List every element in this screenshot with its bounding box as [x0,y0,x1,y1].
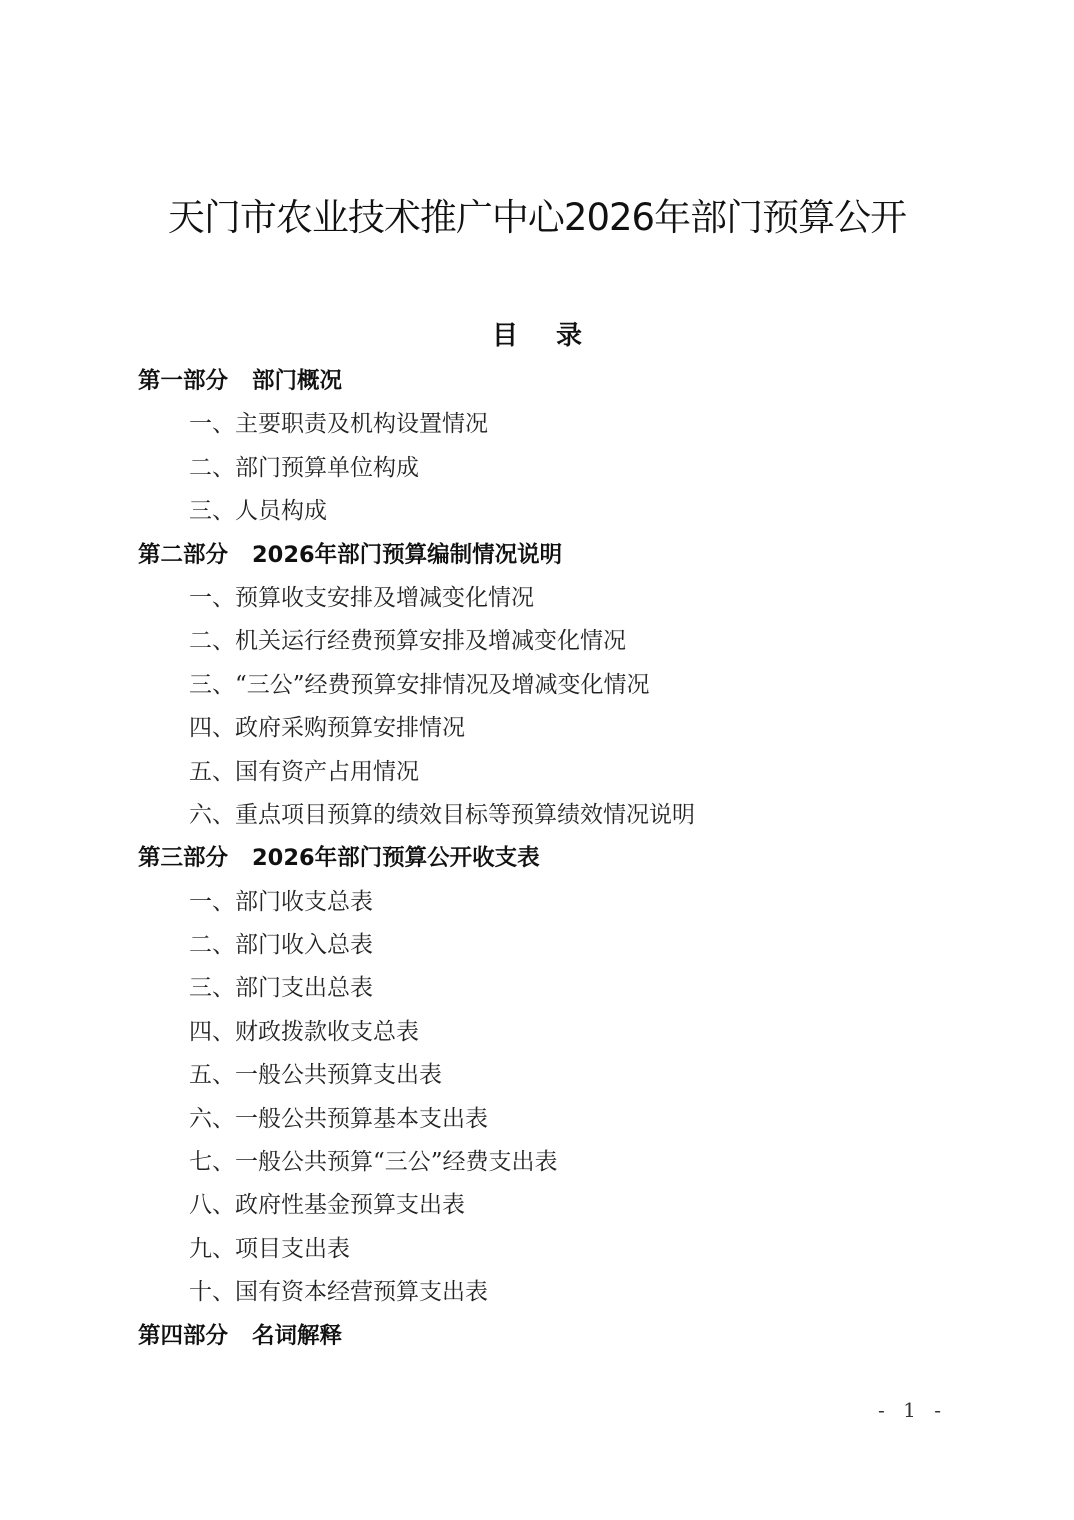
toc-item[interactable]: 一、部门收支总表 [138,881,958,924]
toc-part-1[interactable]: 第一部分部门概况 [138,360,958,403]
toc-item[interactable]: 三、“三公”经费预算安排情况及增减变化情况 [138,664,958,707]
toc-item[interactable]: 四、政府采购预算安排情况 [138,707,958,750]
toc-item[interactable]: 三、人员构成 [138,490,958,533]
toc-item[interactable]: 二、机关运行经费预算安排及增减变化情况 [138,620,958,663]
toc-item[interactable]: 一、主要职责及机构设置情况 [138,403,958,446]
part-title: 名词解释 [252,1323,342,1349]
part-title: 部门概况 [252,368,342,394]
toc-item[interactable]: 二、部门收入总表 [138,924,958,967]
part-label: 第四部分 [138,1315,228,1358]
toc-item[interactable]: 八、政府性基金预算支出表 [138,1184,958,1227]
toc-item[interactable]: 七、一般公共预算“三公”经费支出表 [138,1141,958,1184]
page-number: - 1 - [878,1398,947,1422]
toc-part-4[interactable]: 第四部分名词解释 [138,1315,958,1358]
toc-item[interactable]: 六、一般公共预算基本支出表 [138,1098,958,1141]
toc-item[interactable]: 三、部门支出总表 [138,967,958,1010]
toc-item[interactable]: 五、一般公共预算支出表 [138,1054,958,1097]
toc-part-3[interactable]: 第三部分2026年部门预算公开收支表 [138,837,958,880]
toc-item[interactable]: 一、预算收支安排及增减变化情况 [138,577,958,620]
part-label: 第三部分 [138,837,228,880]
part-label: 第一部分 [138,360,228,403]
document-page: 天门市农业技术推广中心2026年部门预算公开 目录 第一部分部门概况 一、主要职… [0,0,1074,1520]
part-label: 第二部分 [138,534,228,577]
toc-item[interactable]: 十、国有资本经营预算支出表 [138,1271,958,1314]
toc-heading-right: 录 [556,321,582,351]
toc-item[interactable]: 四、财政拨款收支总表 [138,1011,958,1054]
toc-item[interactable]: 二、部门预算单位构成 [138,447,958,490]
toc-item[interactable]: 六、重点项目预算的绩效目标等预算绩效情况说明 [138,794,958,837]
part-title: 2026年部门预算公开收支表 [252,845,540,871]
toc-heading-left: 目 [492,321,518,351]
toc-heading: 目录 [0,318,1074,354]
toc-part-2[interactable]: 第二部分2026年部门预算编制情况说明 [138,534,958,577]
part-title: 2026年部门预算编制情况说明 [252,542,562,568]
document-title: 天门市农业技术推广中心2026年部门预算公开 [0,192,1074,244]
table-of-contents: 第一部分部门概况 一、主要职责及机构设置情况 二、部门预算单位构成 三、人员构成… [138,360,958,1358]
toc-item[interactable]: 九、项目支出表 [138,1228,958,1271]
toc-item[interactable]: 五、国有资产占用情况 [138,751,958,794]
